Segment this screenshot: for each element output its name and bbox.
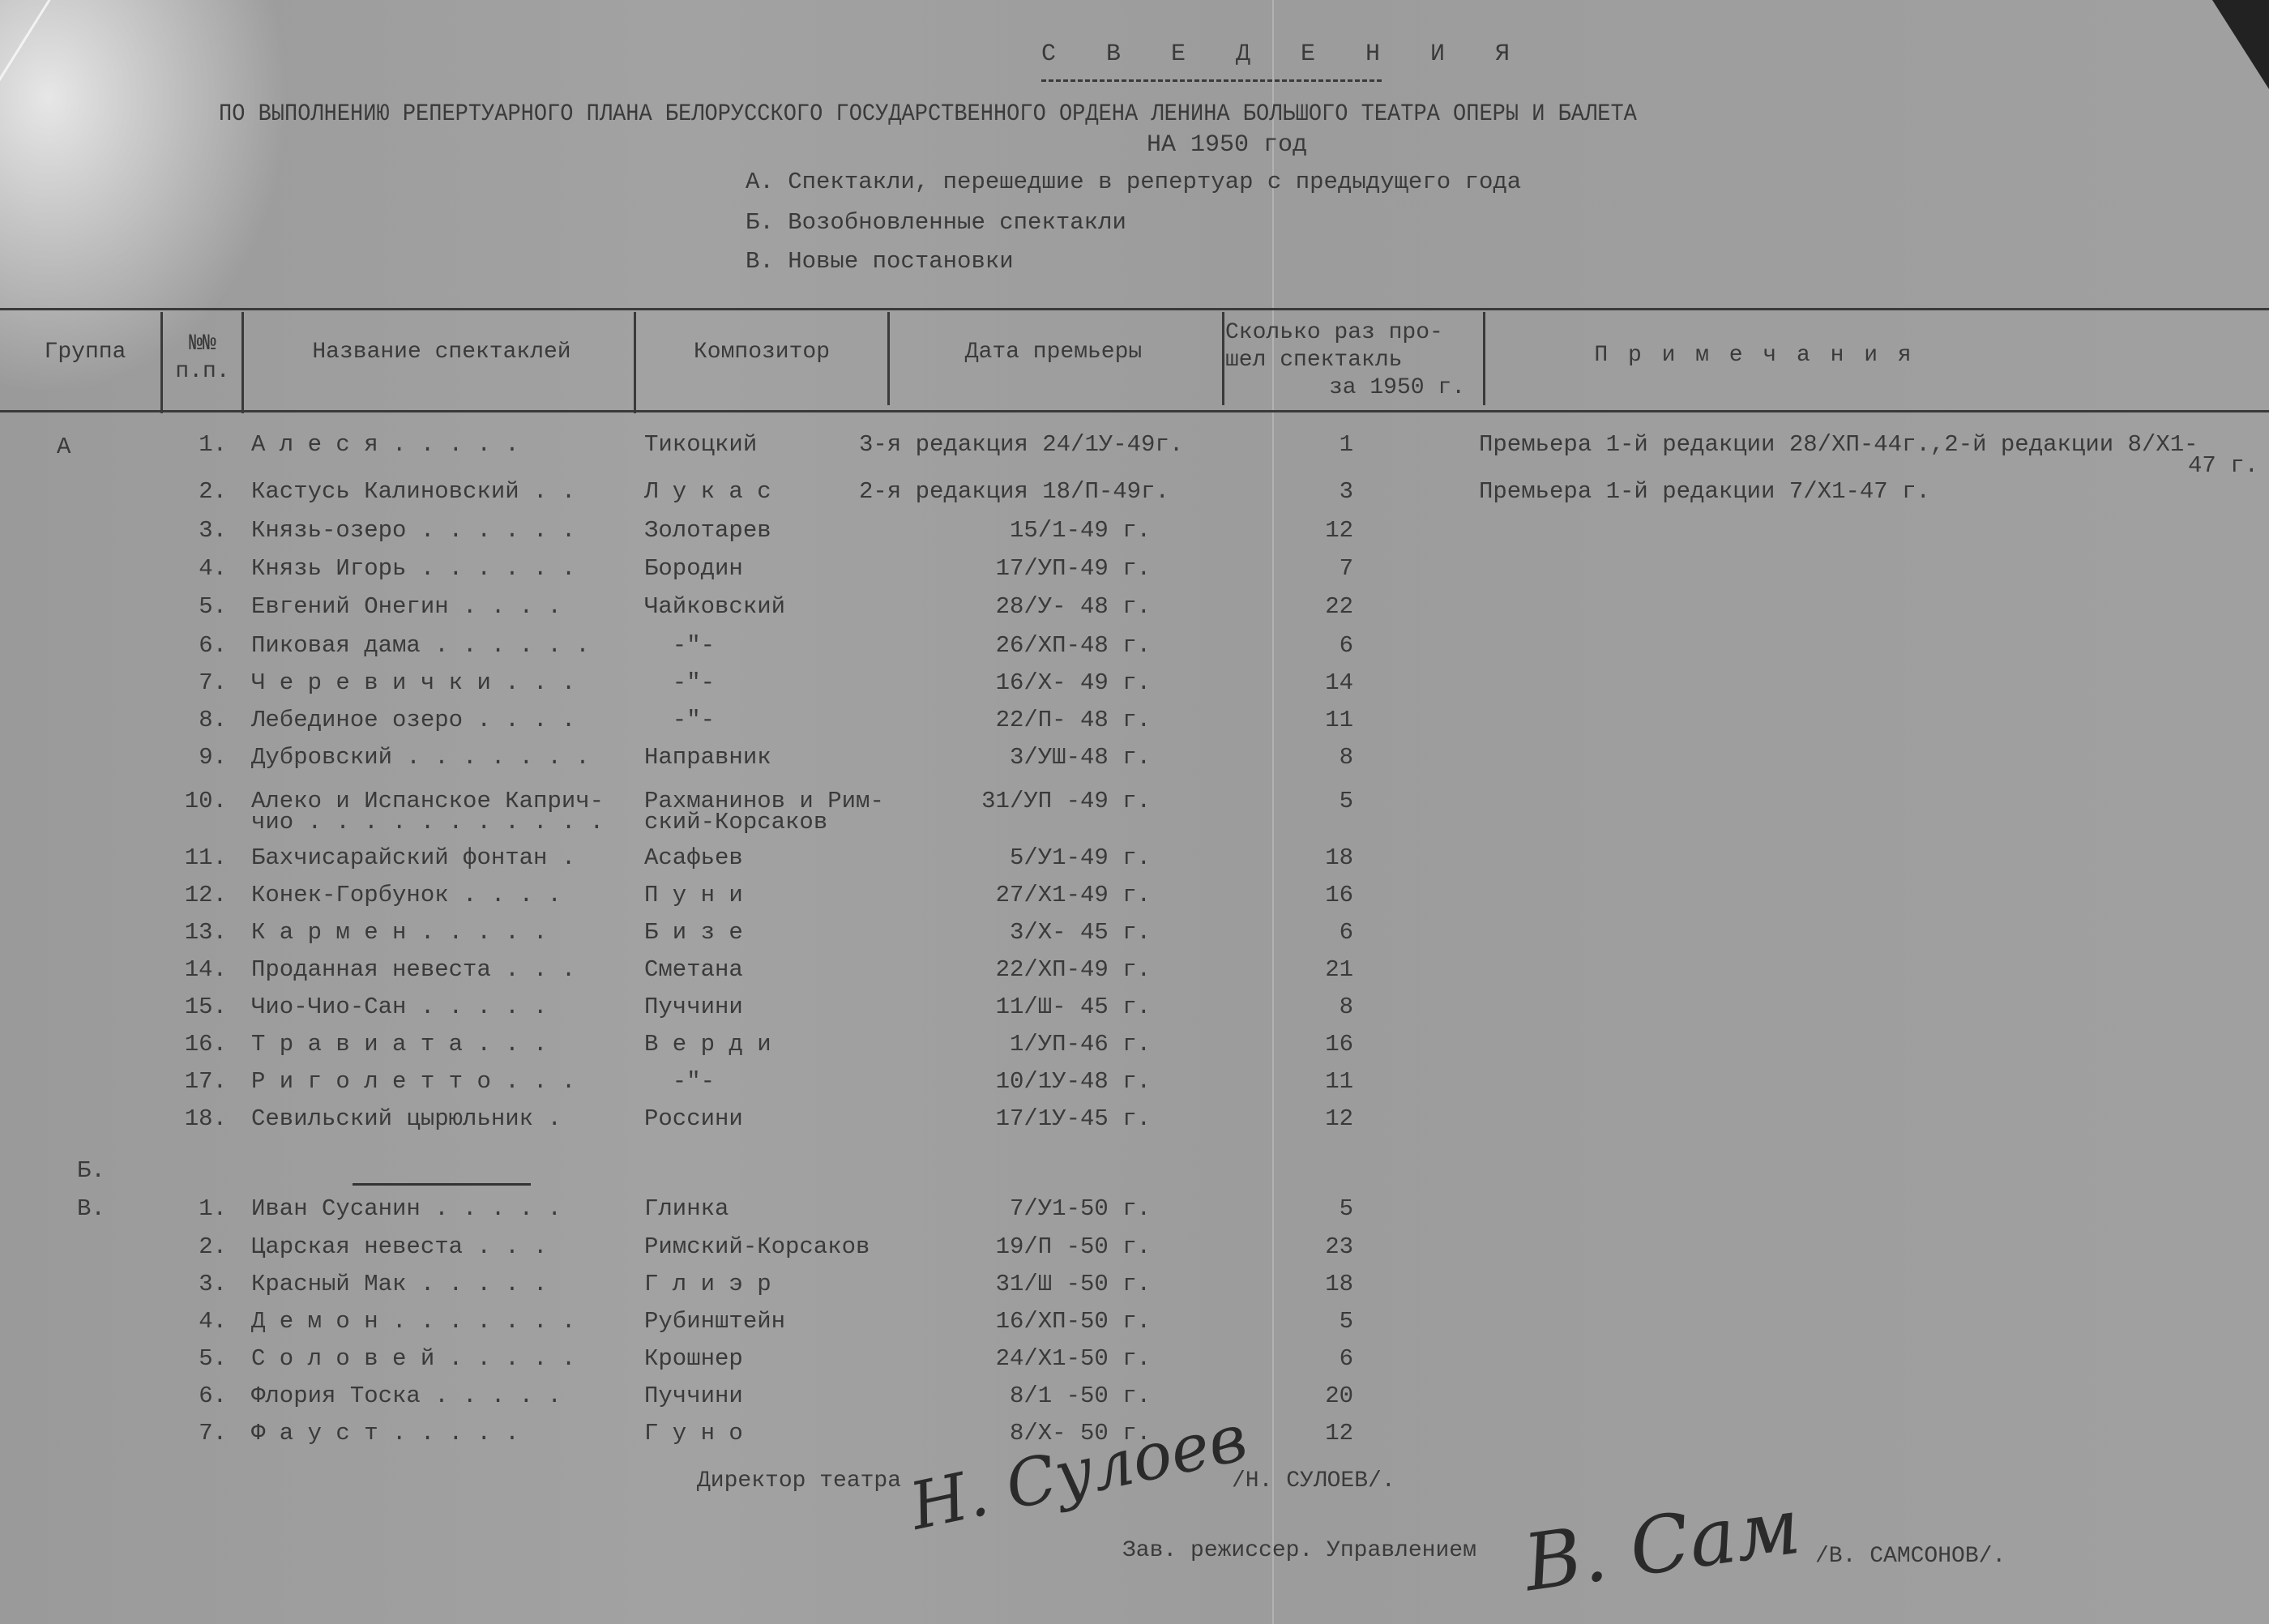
row-title: Князь-озеро . . . . . . <box>251 517 575 544</box>
group-legend-v: В. Новые постановки <box>746 248 1014 275</box>
row-note: Премьера 1-й редакции 28/ХП-44г.,2-й ред… <box>1479 431 2257 458</box>
header-count: Сколько раз про- шел спектакль за 1950 г… <box>1225 319 1481 402</box>
row-number: 5. <box>162 1345 227 1372</box>
row-performance-count: 6 <box>1264 1345 1353 1372</box>
table-row: 5.Евгений Онегин . . . .Чайковский28/У- … <box>0 593 2269 629</box>
table-row: 6.Флория Тоска . . . . .Пуччини8/1 -50 г… <box>0 1383 2269 1418</box>
table-row: 9.Дубровский . . . . . . .Направник3/УШ-… <box>0 744 2269 780</box>
row-composer: Б и з е <box>644 919 743 946</box>
header-count-line3: за 1950 г. <box>1225 374 1481 402</box>
table-row: 15.Чио-Чио-Сан . . . . .Пуччини11/Ш- 45 … <box>0 994 2269 1029</box>
row-premiere-date: 11/Ш- 45 г. <box>859 994 1151 1020</box>
header-group: Группа <box>16 339 154 366</box>
row-composer-cont: ский-Корсаков <box>644 809 827 836</box>
row-number: 16. <box>162 1031 227 1058</box>
row-number: 6. <box>162 632 227 659</box>
director-label: Директор театра <box>697 1468 901 1494</box>
row-premiere-date: 31/Ш -50 г. <box>859 1271 1151 1297</box>
row-performance-count: 20 <box>1264 1383 1353 1409</box>
col-divider <box>887 312 890 405</box>
row-premiere-date: 7/У1-50 г. <box>859 1195 1151 1222</box>
row-premiere-date: 15/1-49 г. <box>859 517 1151 544</box>
table-row: 6.Пиковая дама . . . . . . -"-26/ХП-48 г… <box>0 632 2269 668</box>
row-number: 6. <box>162 1383 227 1409</box>
row-number: 3. <box>162 1271 227 1297</box>
row-performance-count: 12 <box>1264 517 1353 544</box>
row-number: 8. <box>162 707 227 733</box>
table-row: 2.Царская невеста . . .Римский-Корсаков1… <box>0 1233 2269 1269</box>
header-premiere: Дата премьеры <box>891 339 1216 366</box>
scan-corner <box>2212 0 2269 89</box>
group-legend-b: Б. Возобновленные спектакли <box>746 209 1126 236</box>
row-premiere-date: 10/1У-48 г. <box>859 1068 1151 1095</box>
row-premiere-date: 22/ХП-49 г. <box>859 956 1151 983</box>
row-number: 13. <box>162 919 227 946</box>
row-title: Бахчисарайский фонтан . <box>251 844 575 871</box>
row-number: 4. <box>162 1308 227 1335</box>
row-number: 11. <box>162 844 227 871</box>
row-premiere-date: 1/УП-46 г. <box>859 1031 1151 1058</box>
table-row: 7.Ч е р е в и ч к и . . . -"-16/Х- 49 г.… <box>0 669 2269 705</box>
row-performance-count: 14 <box>1264 669 1353 696</box>
row-composer: Сметана <box>644 956 743 983</box>
table-row: 14.Проданная невеста . . .Сметана22/ХП-4… <box>0 956 2269 992</box>
row-title: Кастусь Калиновский . . <box>251 478 575 505</box>
row-composer: Рубинштейн <box>644 1308 785 1335</box>
row-title: Флория Тоска . . . . . <box>251 1383 562 1409</box>
row-premiere-date: 8/1 -50 г. <box>859 1383 1151 1409</box>
row-title: Лебединое озеро . . . . <box>251 707 575 733</box>
row-number: 3. <box>162 517 227 544</box>
row-performance-count: 23 <box>1264 1233 1353 1260</box>
row-title: Севильский цырюльник . <box>251 1105 562 1132</box>
row-title: Т р а в и а т а . . . <box>251 1031 547 1058</box>
row-composer: Глинка <box>644 1195 729 1222</box>
row-performance-count: 12 <box>1264 1420 1353 1447</box>
row-composer: -"- <box>644 707 715 733</box>
row-title-cont: чио . . . . . . . . . . . <box>251 809 604 836</box>
table-row: 4.Д е м о н . . . . . . .Рубинштейн16/ХП… <box>0 1308 2269 1344</box>
row-title: С о л о в е й . . . . . <box>251 1345 575 1372</box>
row-title: Д е м о н . . . . . . . <box>251 1308 575 1335</box>
row-title: Р и г о л е т т о . . . <box>251 1068 575 1095</box>
row-composer: Римский-Корсаков <box>644 1233 870 1260</box>
col-divider <box>1222 312 1224 405</box>
row-title: А л е с я . . . . . <box>251 431 519 458</box>
row-performance-count: 11 <box>1264 1068 1353 1095</box>
row-number: 17. <box>162 1068 227 1095</box>
table-row: 10.Алеко и Испанское Каприч-Рахманинов и… <box>0 788 2269 823</box>
row-number: 10. <box>162 788 227 814</box>
row-note: Премьера 1-й редакции 7/Х1-47 г. <box>1479 478 2257 505</box>
row-number: 15. <box>162 994 227 1020</box>
table-row: 5.С о л о в е й . . . . .Крошнер24/Х1-50… <box>0 1345 2269 1381</box>
table-row: 17.Р и г о л е т т о . . . -"-10/1У-48 г… <box>0 1068 2269 1104</box>
row-premiere-date: 24/Х1-50 г. <box>859 1345 1151 1372</box>
row-composer: Направник <box>644 744 771 771</box>
header-notes: П р и м е ч а н и я <box>1491 342 2018 370</box>
row-performance-count: 18 <box>1264 844 1353 871</box>
row-composer: Л у к а с <box>644 478 771 505</box>
chief-director-name: /В. САМСОНОВ/. <box>1815 1544 2006 1569</box>
row-title: Иван Сусанин . . . . . <box>251 1195 562 1222</box>
row-composer: -"- <box>644 669 715 696</box>
header-number-top: №№ <box>166 331 239 358</box>
table-row: 13.К а р м е н . . . . .Б и з е3/Х- 45 г… <box>0 919 2269 955</box>
row-number: 2. <box>162 478 227 505</box>
row-premiere-date: 19/П -50 г. <box>859 1233 1151 1260</box>
row-title: К а р м е н . . . . . <box>251 919 547 946</box>
row-number: 1. <box>162 431 227 458</box>
header-name: Название спектаклей <box>251 339 632 366</box>
row-premiere-date: 28/У- 48 г. <box>859 593 1151 620</box>
row-premiere-date: 26/ХП-48 г. <box>859 632 1151 659</box>
col-divider <box>241 312 244 413</box>
row-performance-count: 5 <box>1264 1195 1353 1222</box>
row-title: Царская невеста . . . <box>251 1233 547 1260</box>
row-number: 9. <box>162 744 227 771</box>
row-composer: Бородин <box>644 555 743 582</box>
table-row: 3.Князь-озеро . . . . . .Золотарев15/1-4… <box>0 517 2269 553</box>
table-row: 2.Кастусь Калиновский . .Л у к а с2-я ре… <box>0 478 2269 514</box>
row-composer: -"- <box>644 632 715 659</box>
header-count-line2: шел спектакль <box>1225 347 1481 374</box>
row-premiere-date: 17/УП-49 г. <box>859 555 1151 582</box>
row-number: 2. <box>162 1233 227 1260</box>
group-b-empty-rule <box>353 1183 531 1186</box>
document-year: НА 1950 год <box>1147 131 1307 159</box>
row-premiere-date: 3/Х- 45 г. <box>859 919 1151 946</box>
row-performance-count: 22 <box>1264 593 1353 620</box>
row-premiere-date: 27/Х1-49 г. <box>859 882 1151 908</box>
table-row: 1.А л е с я . . . . .Тикоцкий3-я редакци… <box>0 431 2269 467</box>
row-premiere-date: 3-я редакция 24/1У-49г. <box>859 431 1151 458</box>
row-title: Ч е р е в и ч к и . . . <box>251 669 575 696</box>
row-performance-count: 16 <box>1264 882 1353 908</box>
title-underline <box>1041 79 1382 82</box>
row-performance-count: 12 <box>1264 1105 1353 1132</box>
row-composer: Асафьев <box>644 844 743 871</box>
table-header-bottom-rule <box>0 410 2269 412</box>
row-composer: П у н и <box>644 882 743 908</box>
row-composer: В е р д и <box>644 1031 771 1058</box>
row-performance-count: 5 <box>1264 788 1353 814</box>
row-title: Евгений Онегин . . . . <box>251 593 562 620</box>
row-composer: Пуччини <box>644 1383 743 1409</box>
row-composer: Г л и э р <box>644 1271 771 1297</box>
row-title: Ф а у с т . . . . . <box>251 1420 519 1447</box>
group-b-label: Б. <box>77 1157 105 1184</box>
table-top-rule <box>0 308 2269 310</box>
row-performance-count: 21 <box>1264 956 1353 983</box>
row-title: Дубровский . . . . . . . <box>251 744 590 771</box>
row-premiere-date: 5/У1-49 г. <box>859 844 1151 871</box>
row-title: Князь Игорь . . . . . . <box>251 555 575 582</box>
row-composer: -"- <box>644 1068 715 1095</box>
row-performance-count: 6 <box>1264 632 1353 659</box>
row-number: 7. <box>162 669 227 696</box>
header-number: №№ п.п. <box>166 331 239 386</box>
table-row: 11.Бахчисарайский фонтан .Асафьев5/У1-49… <box>0 844 2269 880</box>
row-composer: Тикоцкий <box>644 431 757 458</box>
row-performance-count: 3 <box>1264 478 1353 505</box>
row-note-cont: 47 г. <box>2188 452 2258 479</box>
row-premiere-date: 2-я редакция 18/П-49г. <box>859 478 1151 505</box>
table-row: 3.Красный Мак . . . . .Г л и э р31/Ш -50… <box>0 1271 2269 1306</box>
chief-director-label: Зав. режиссер. Управлением <box>1122 1538 1476 1563</box>
row-number: 14. <box>162 956 227 983</box>
table-row: 18.Севильский цырюльник .Россини17/1У-45… <box>0 1105 2269 1141</box>
row-composer: Россини <box>644 1105 743 1132</box>
row-composer: Золотарев <box>644 517 771 544</box>
table-row: 1.Иван Сусанин . . . . .Глинка7/У1-50 г.… <box>0 1195 2269 1231</box>
row-performance-count: 8 <box>1264 744 1353 771</box>
row-number: 4. <box>162 555 227 582</box>
row-number: 1. <box>162 1195 227 1222</box>
row-composer: Пуччини <box>644 994 743 1020</box>
row-premiere-date: 16/ХП-50 г. <box>859 1308 1151 1335</box>
row-performance-count: 16 <box>1264 1031 1353 1058</box>
row-premiere-date: 3/УШ-48 г. <box>859 744 1151 771</box>
table-row: 8.Лебединое озеро . . . . -"-22/П- 48 г.… <box>0 707 2269 742</box>
table-row: 12.Конек-Горбунок . . . .П у н и27/Х1-49… <box>0 882 2269 917</box>
row-title: Чио-Чио-Сан . . . . . <box>251 994 547 1020</box>
document-title: С В Е Д Е Н И Я <box>1041 41 1528 68</box>
row-performance-count: 7 <box>1264 555 1353 582</box>
document-subtitle: ПО ВЫПОЛНЕНИЮ РЕПЕРТУАРНОГО ПЛАНА БЕЛОРУ… <box>219 100 1637 128</box>
header-number-bottom: п.п. <box>166 358 239 386</box>
row-performance-count: 8 <box>1264 994 1353 1020</box>
row-premiere-date: 22/П- 48 г. <box>859 707 1151 733</box>
col-divider <box>160 312 163 413</box>
row-composer: Крошнер <box>644 1345 743 1372</box>
group-legend-a: А. Спектакли, перешедшие в репертуар с п… <box>746 169 1521 195</box>
row-number: 18. <box>162 1105 227 1132</box>
row-title: Проданная невеста . . . <box>251 956 575 983</box>
header-count-line1: Сколько раз про- <box>1225 319 1481 347</box>
row-title: Пиковая дама . . . . . . <box>251 632 590 659</box>
row-premiere-date: 16/Х- 49 г. <box>859 669 1151 696</box>
header-composer: Композитор <box>640 339 883 366</box>
row-performance-count: 11 <box>1264 707 1353 733</box>
col-divider <box>634 312 636 413</box>
row-performance-count: 5 <box>1264 1308 1353 1335</box>
row-number: 5. <box>162 593 227 620</box>
row-composer: Чайковский <box>644 593 785 620</box>
row-number: 7. <box>162 1420 227 1447</box>
director-name: /Н. СУЛОЕВ/. <box>1232 1468 1395 1494</box>
row-premiere-date: 31/УП -49 г. <box>859 788 1151 814</box>
table-row: 16.Т р а в и а т а . . .В е р д и1/УП-46… <box>0 1031 2269 1066</box>
table-row: 4.Князь Игорь . . . . . .Бородин17/УП-49… <box>0 555 2269 591</box>
row-composer: Г у н о <box>644 1420 743 1447</box>
row-performance-count: 1 <box>1264 431 1353 458</box>
col-divider <box>1483 312 1485 405</box>
row-number: 12. <box>162 882 227 908</box>
row-title: Конек-Горбунок . . . . <box>251 882 562 908</box>
row-premiere-date: 17/1У-45 г. <box>859 1105 1151 1132</box>
row-performance-count: 6 <box>1264 919 1353 946</box>
row-performance-count: 18 <box>1264 1271 1353 1297</box>
row-title: Красный Мак . . . . . <box>251 1271 547 1297</box>
